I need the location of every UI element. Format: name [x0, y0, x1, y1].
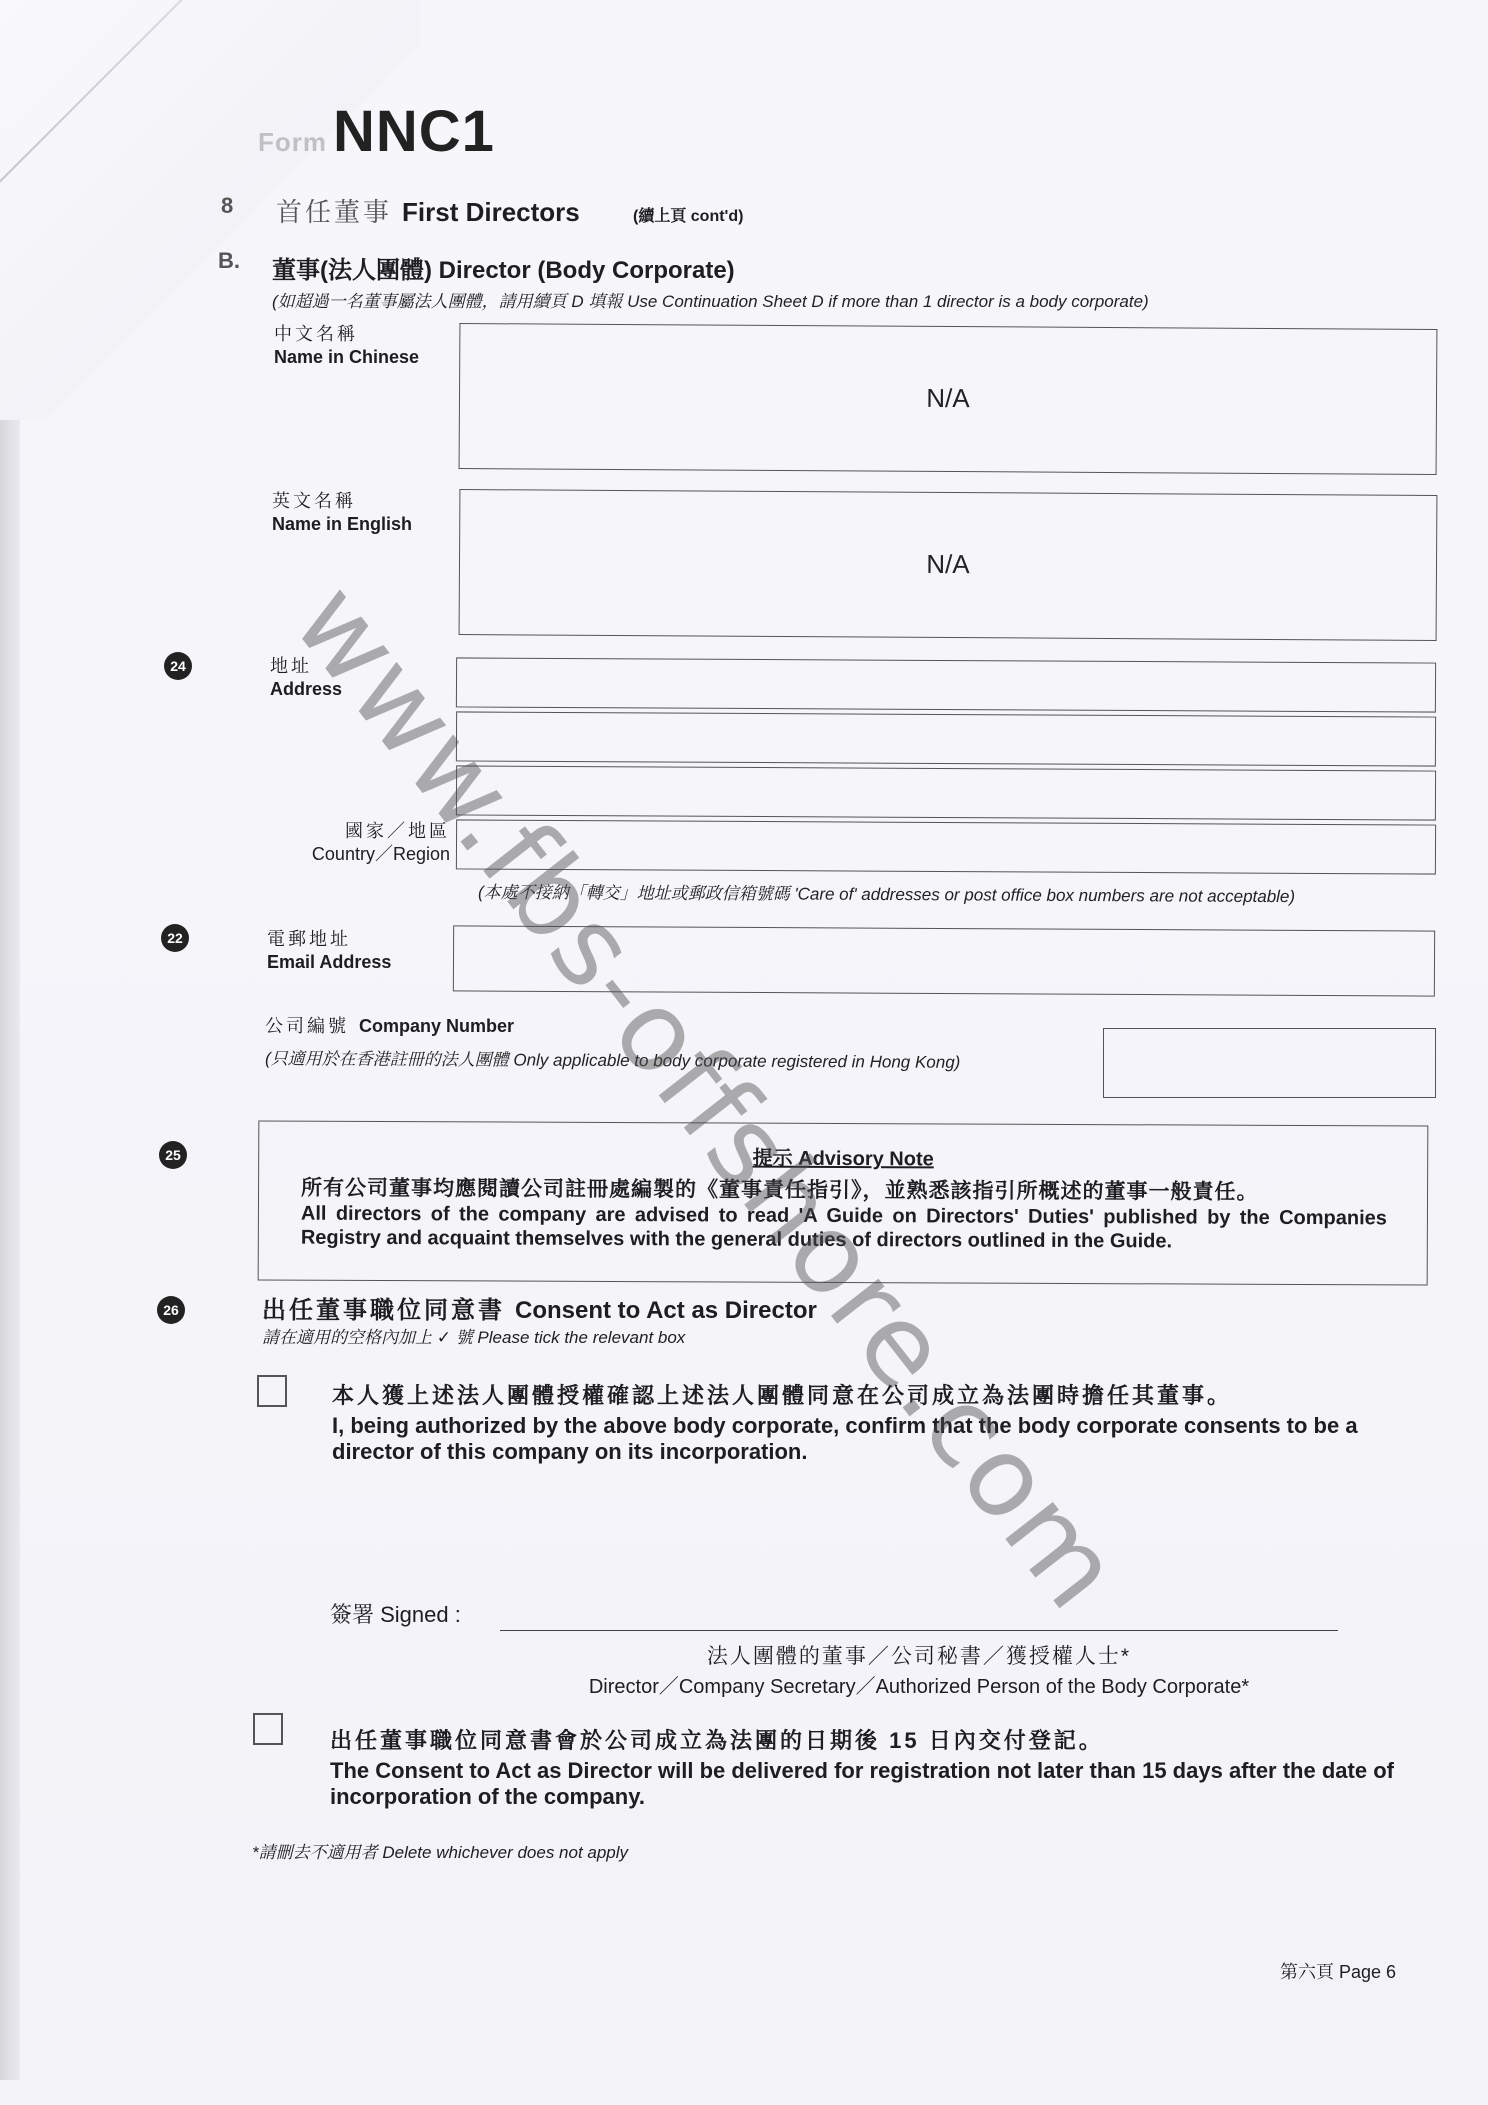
- form-page: FormNNC1 8 首任董事First Directors (續上頁 cont…: [0, 0, 1488, 2105]
- consent-option-1-checkbox[interactable]: [257, 1375, 287, 1407]
- form-title: FormNNC1: [258, 98, 495, 165]
- advisory-text-zh: 所有公司董事均應閱讀公司註冊處編製的《董事責任指引》，並熟悉該指引所概述的董事一…: [301, 1172, 1259, 1206]
- company-number-note: (只適用於在香港註冊的法人團體 Only applicable to body …: [265, 1044, 960, 1073]
- footnote: *請刪去不適用者 Delete whichever does not apply: [252, 1838, 628, 1863]
- badge-24: 24: [164, 652, 192, 680]
- address-note: (本處不接納「轉交」地址或郵政信箱號碼 'Care of' addresses …: [478, 878, 1295, 907]
- signature-line[interactable]: [500, 1630, 1338, 1631]
- country-label-en: Country／Region: [290, 843, 450, 866]
- consent-option-1-text-en: I, being authorized by the above body co…: [332, 1413, 1358, 1464]
- advisory-text-en: All directors of the company are advised…: [301, 1202, 1387, 1255]
- consent-option-2-text-zh: 出任董事職位同意書會於公司成立為法團的日期後 15 日內交付登記。: [330, 1728, 1430, 1754]
- company-number-label-en: Company Number: [359, 1016, 514, 1036]
- address-label-zh: 地址: [270, 655, 342, 678]
- badge-22: 22: [161, 924, 189, 952]
- name-chinese-label: 中文名稱 Name in Chinese: [274, 323, 419, 369]
- signer-role-zh: 法人團體的董事／公司秘書／獲授權人士*: [500, 1640, 1338, 1670]
- section-title-en: First Directors: [402, 197, 580, 227]
- address-line-1-field[interactable]: [456, 657, 1436, 712]
- page-fold-edge: [0, 380, 20, 2080]
- signer-role-en: Director／Company Secretary／Authorized Pe…: [500, 1670, 1338, 1699]
- address-line-3-field[interactable]: [456, 765, 1436, 820]
- subsection-title: 董事(法人團體) Director (Body Corporate): [272, 250, 735, 285]
- company-number-label-zh: 公司編號: [265, 1016, 349, 1036]
- company-number-label: 公司編號 Company Number: [265, 1015, 514, 1038]
- form-code: NNC1: [333, 99, 495, 164]
- form-prefix: Form: [258, 127, 327, 157]
- name-english-field[interactable]: N/A: [459, 489, 1438, 641]
- consent-option-1-text-zh: 本人獲上述法人團體授權確認上述法人團體同意在公司成立為法團時擔任其董事。: [332, 1383, 1432, 1409]
- section-continued: (續上頁 cont'd): [633, 203, 743, 226]
- name-chinese-value: N/A: [460, 380, 1436, 417]
- name-chinese-label-zh: 中文名稱: [274, 323, 419, 346]
- consent-option-1-text: 本人獲上述法人團體授權確認上述法人團體同意在公司成立為法團時擔任其董事。 I, …: [332, 1383, 1432, 1465]
- country-label-zh: 國家／地區: [290, 820, 450, 843]
- badge-25: 25: [159, 1141, 187, 1169]
- email-label-en: Email Address: [267, 951, 391, 974]
- address-line-2-field[interactable]: [456, 711, 1436, 766]
- consent-option-2-text: 出任董事職位同意書會於公司成立為法團的日期後 15 日內交付登記。 The Co…: [330, 1728, 1430, 1810]
- section-number: 8: [221, 193, 233, 219]
- subsection-label: B.: [218, 248, 240, 274]
- country-label: 國家／地區 Country／Region: [290, 820, 450, 866]
- advisory-note-box: 提示 Advisory Note 所有公司董事均應閱讀公司註冊處編製的《董事責任…: [258, 1120, 1429, 1285]
- subsection-note: (如超過一名董事屬法人團體，請用續頁 D 填報 Use Continuation…: [272, 287, 1149, 312]
- name-english-value: N/A: [460, 546, 1436, 583]
- name-chinese-label-en: Name in Chinese: [274, 346, 419, 369]
- consent-title-en: Consent to Act as Director: [515, 1297, 817, 1324]
- consent-title-zh: 出任董事職位同意書: [262, 1297, 505, 1324]
- name-english-label-en: Name in English: [272, 513, 412, 536]
- country-field[interactable]: [456, 819, 1436, 874]
- section-title-zh: 首任董事: [276, 197, 392, 227]
- address-label-en: Address: [270, 678, 342, 701]
- email-label-zh: 電郵地址: [267, 928, 391, 951]
- signed-label: 簽署 Signed :: [330, 1598, 461, 1629]
- section-title: 首任董事First Directors: [276, 192, 580, 229]
- name-chinese-field[interactable]: N/A: [459, 323, 1438, 475]
- email-label: 電郵地址 Email Address: [267, 928, 391, 974]
- address-label: 地址 Address: [270, 655, 342, 701]
- page-number: 第六頁 Page 6: [1280, 1958, 1396, 1984]
- consent-instruction: 請在適用的空格內加上 ✓ 號 Please tick the relevant …: [262, 1323, 685, 1348]
- company-number-field[interactable]: [1103, 1028, 1436, 1098]
- consent-title: 出任董事職位同意書Consent to Act as Director: [262, 1290, 817, 1325]
- badge-26: 26: [157, 1296, 185, 1324]
- consent-option-2-checkbox[interactable]: [253, 1713, 283, 1745]
- advisory-heading-text: 提示 Advisory Note: [753, 1148, 934, 1171]
- email-field[interactable]: [453, 925, 1435, 996]
- consent-option-2-text-en: The Consent to Act as Director will be d…: [330, 1758, 1394, 1809]
- name-english-label: 英文名稱 Name in English: [272, 490, 412, 536]
- advisory-heading: 提示 Advisory Note: [259, 1139, 1427, 1173]
- name-english-label-zh: 英文名稱: [272, 490, 412, 513]
